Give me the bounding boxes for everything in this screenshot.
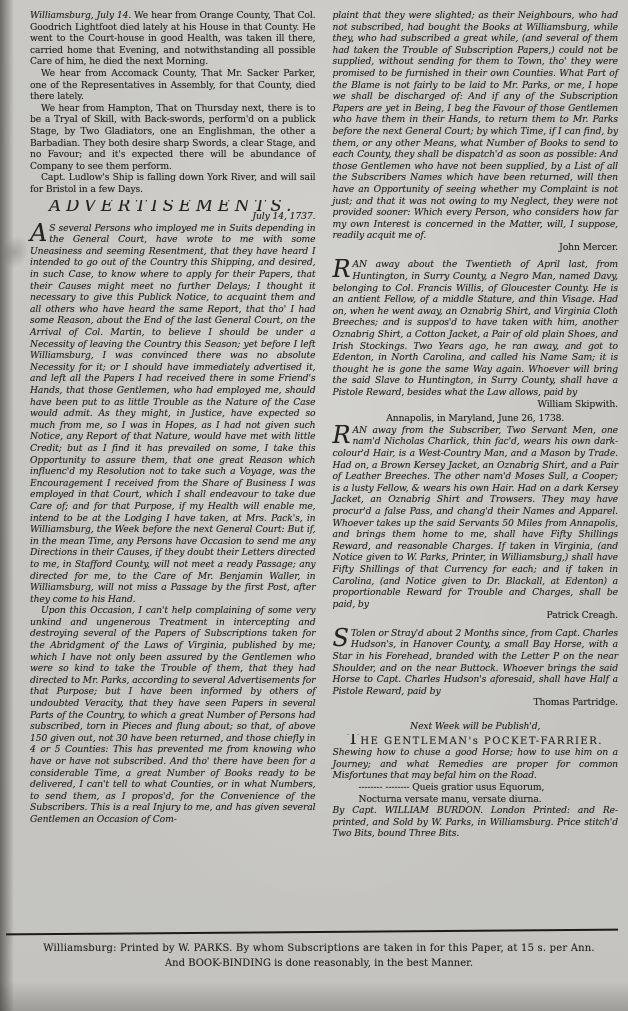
book-notice-byline: By Capt. WILLIAM BURDON. London Printed:… [333, 805, 619, 840]
news-item: Capt. Ludlow's Ship is falling down York… [30, 172, 316, 195]
newspaper-page: Williamsburg, July 14. We hear from Oran… [0, 0, 628, 1011]
horse-ad-signature: Thomas Partridge. [333, 697, 619, 709]
mercer-ad-paragraph-2: Upon this Occasion, I can't help complai… [30, 605, 316, 825]
runaway-davy-ad: RAN away about the Twentieth of April la… [333, 259, 619, 398]
book-notice-title: THE GENTLEMAN's POCKET-FARRIER. [333, 734, 619, 748]
mercer-ad-continued: plaint that they were slighted; as their… [333, 10, 619, 242]
runaway-servants-ad: RAN away from the Subscriber, Two Servan… [333, 425, 619, 611]
scan-bottom-shadow [0, 981, 628, 1011]
news-dateline: Williamsburg, July 14. [30, 10, 131, 21]
imprint-line-2: And BOOK-BINDING is done reasonably, in … [22, 957, 616, 972]
right-column: plaint that they were slighted; as their… [333, 10, 619, 933]
book-notice-announce: Next Week will be Publish'd, [333, 721, 619, 733]
servants-ad-signature: Patrick Creagh. [333, 610, 619, 622]
book-notice-description: Shewing how to chuse a good Horse; how t… [333, 747, 619, 782]
news-item: We hear from Accomack County, That Mr. S… [30, 68, 316, 103]
imprint-footer: Williamsburg: Printed by W. PARKS. By wh… [22, 942, 616, 971]
news-item: Williamsburg, July 14. We hear from Oran… [30, 10, 316, 68]
advert-date: July 14, 1737. [30, 211, 316, 223]
mercer-ad-paragraph-1: AS several Persons who imployed me in Su… [30, 223, 316, 606]
left-column: Williamsburg, July 14. We hear from Oran… [30, 10, 316, 933]
davy-ad-signature: William Skipwith. [333, 399, 619, 411]
imprint-line-1: Williamsburg: Printed by W. PARKS. By wh… [22, 942, 616, 957]
page-columns: Williamsburg, July 14. We hear from Oran… [0, 0, 628, 933]
mercer-signature: John Mercer. [333, 242, 619, 254]
stolen-horse-ad: STolen or Stray'd about 2 Months since, … [333, 628, 619, 698]
news-item: We hear from Hampton, That on Thursday n… [30, 103, 316, 173]
advertisements-heading: ADVERTISEMENTS. [30, 200, 316, 212]
book-notice-latin-1: -------- -------- Queis gratior usus Equ… [359, 782, 619, 794]
annapolis-dateline: Annapolis, in Maryland, June 26, 1738. [333, 413, 619, 425]
book-notice-latin-2: Nocturna versate manu, versate diurna. [359, 794, 619, 806]
